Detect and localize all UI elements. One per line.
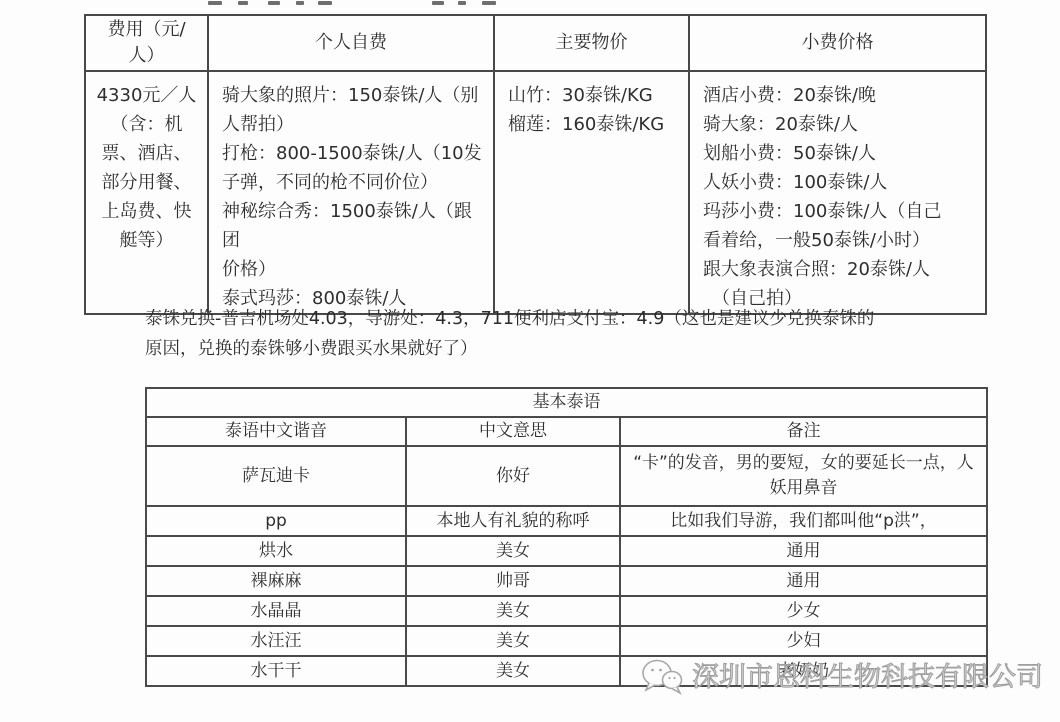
- fee-table-header-row: 费用（元/ 人） 个人自费 主要物价 小费价格: [85, 15, 986, 71]
- fee-header-personal: 个人自费: [208, 15, 494, 71]
- thai-table-title-row: 基本泰语: [146, 388, 987, 417]
- thai-cell-meaning: 帅哥: [406, 566, 620, 596]
- thai-header-pinyin: 泰语中文谐音: [146, 417, 406, 446]
- exchange-rate-note: 泰铢兑换-普吉机场处4.03，导游处：4.3，711便利店支付宝：4.9（这也是…: [145, 304, 925, 364]
- cropped-title-mark: [432, 1, 444, 5]
- cropped-title-mark: [268, 1, 280, 5]
- thai-table-header-row: 泰语中文谐音 中文意思 备注: [146, 417, 987, 446]
- fee-table: 费用（元/ 人） 个人自费 主要物价 小费价格 4330元／人 （含：机 票、酒…: [84, 14, 987, 315]
- thai-cell-meaning: 美女: [406, 596, 620, 626]
- fee-cell-personal: 骑大象的照片：150泰铢/人（别 人帮拍） 打枪：800-1500泰铢/人（10…: [208, 71, 494, 314]
- fee-cell-cost: 4330元／人 （含：机 票、酒店、 部分用餐、 上岛费、快 艇等）: [85, 71, 208, 314]
- thai-table-title: 基本泰语: [146, 388, 987, 417]
- table-row: 裸麻麻 帅哥 通用: [146, 566, 987, 596]
- document-page: 费用（元/ 人） 个人自费 主要物价 小费价格 4330元／人 （含：机 票、酒…: [0, 0, 1060, 722]
- thai-cell-note: 少妇: [620, 626, 987, 656]
- cropped-title-mark: [296, 1, 304, 5]
- thai-cell-meaning: 本地人有礼貌的称呼: [406, 506, 620, 536]
- thai-cell-pinyin: 水晶晶: [146, 596, 406, 626]
- table-row: 烘水 美女 通用: [146, 536, 987, 566]
- thai-cell-pinyin: 水汪汪: [146, 626, 406, 656]
- cropped-title-mark: [458, 1, 466, 5]
- cropped-title-mark: [318, 1, 332, 5]
- thai-cell-note: “卡”的发音，男的要短，女的要延长一点，人 妖用鼻音: [620, 446, 987, 506]
- table-row: 水汪汪 美女 少妇: [146, 626, 987, 656]
- thai-cell-note: 比如我们导游，我们都叫他“p洪”，: [620, 506, 987, 536]
- thai-cell-pinyin: 萨瓦迪卡: [146, 446, 406, 506]
- thai-cell-pinyin: 烘水: [146, 536, 406, 566]
- table-row: 萨瓦迪卡 你好 “卡”的发音，男的要短，女的要延长一点，人 妖用鼻音: [146, 446, 987, 506]
- thai-cell-meaning: 美女: [406, 626, 620, 656]
- thai-cell-meaning: 美女: [406, 656, 620, 686]
- cropped-title-mark: [208, 1, 222, 5]
- thai-cell-note: 少女: [620, 596, 987, 626]
- cropped-title-mark: [238, 1, 248, 5]
- table-row: pp 本地人有礼貌的称呼 比如我们导游，我们都叫他“p洪”，: [146, 506, 987, 536]
- fee-cell-prices: 山竹：30泰铢/KG 榴莲：160泰铢/KG: [494, 71, 689, 314]
- cropped-title-mark: [482, 1, 496, 5]
- thai-cell-note: 通用: [620, 566, 987, 596]
- thai-phrases-table: 基本泰语 泰语中文谐音 中文意思 备注 萨瓦迪卡 你好 “卡”的发音，男的要短，…: [145, 387, 988, 687]
- thai-header-note: 备注: [620, 417, 987, 446]
- fee-header-cost: 费用（元/ 人）: [85, 15, 208, 71]
- thai-cell-note: 通用: [620, 536, 987, 566]
- thai-cell-meaning: 你好: [406, 446, 620, 506]
- fee-cell-tips: 酒店小费：20泰铢/晚 骑大象：20泰铢/人 划船小费：50泰铢/人 人妖小费：…: [689, 71, 986, 314]
- table-row: 水晶晶 美女 少女: [146, 596, 987, 626]
- table-row: 水干干 美女 老奶奶: [146, 656, 987, 686]
- thai-cell-pinyin: pp: [146, 506, 406, 536]
- thai-cell-note: 老奶奶: [620, 656, 987, 686]
- thai-cell-pinyin: 裸麻麻: [146, 566, 406, 596]
- thai-header-meaning: 中文意思: [406, 417, 620, 446]
- fee-header-prices: 主要物价: [494, 15, 689, 71]
- thai-cell-meaning: 美女: [406, 536, 620, 566]
- fee-table-body-row: 4330元／人 （含：机 票、酒店、 部分用餐、 上岛费、快 艇等） 骑大象的照…: [85, 71, 986, 314]
- thai-cell-pinyin: 水干干: [146, 656, 406, 686]
- fee-header-tips: 小费价格: [689, 15, 986, 71]
